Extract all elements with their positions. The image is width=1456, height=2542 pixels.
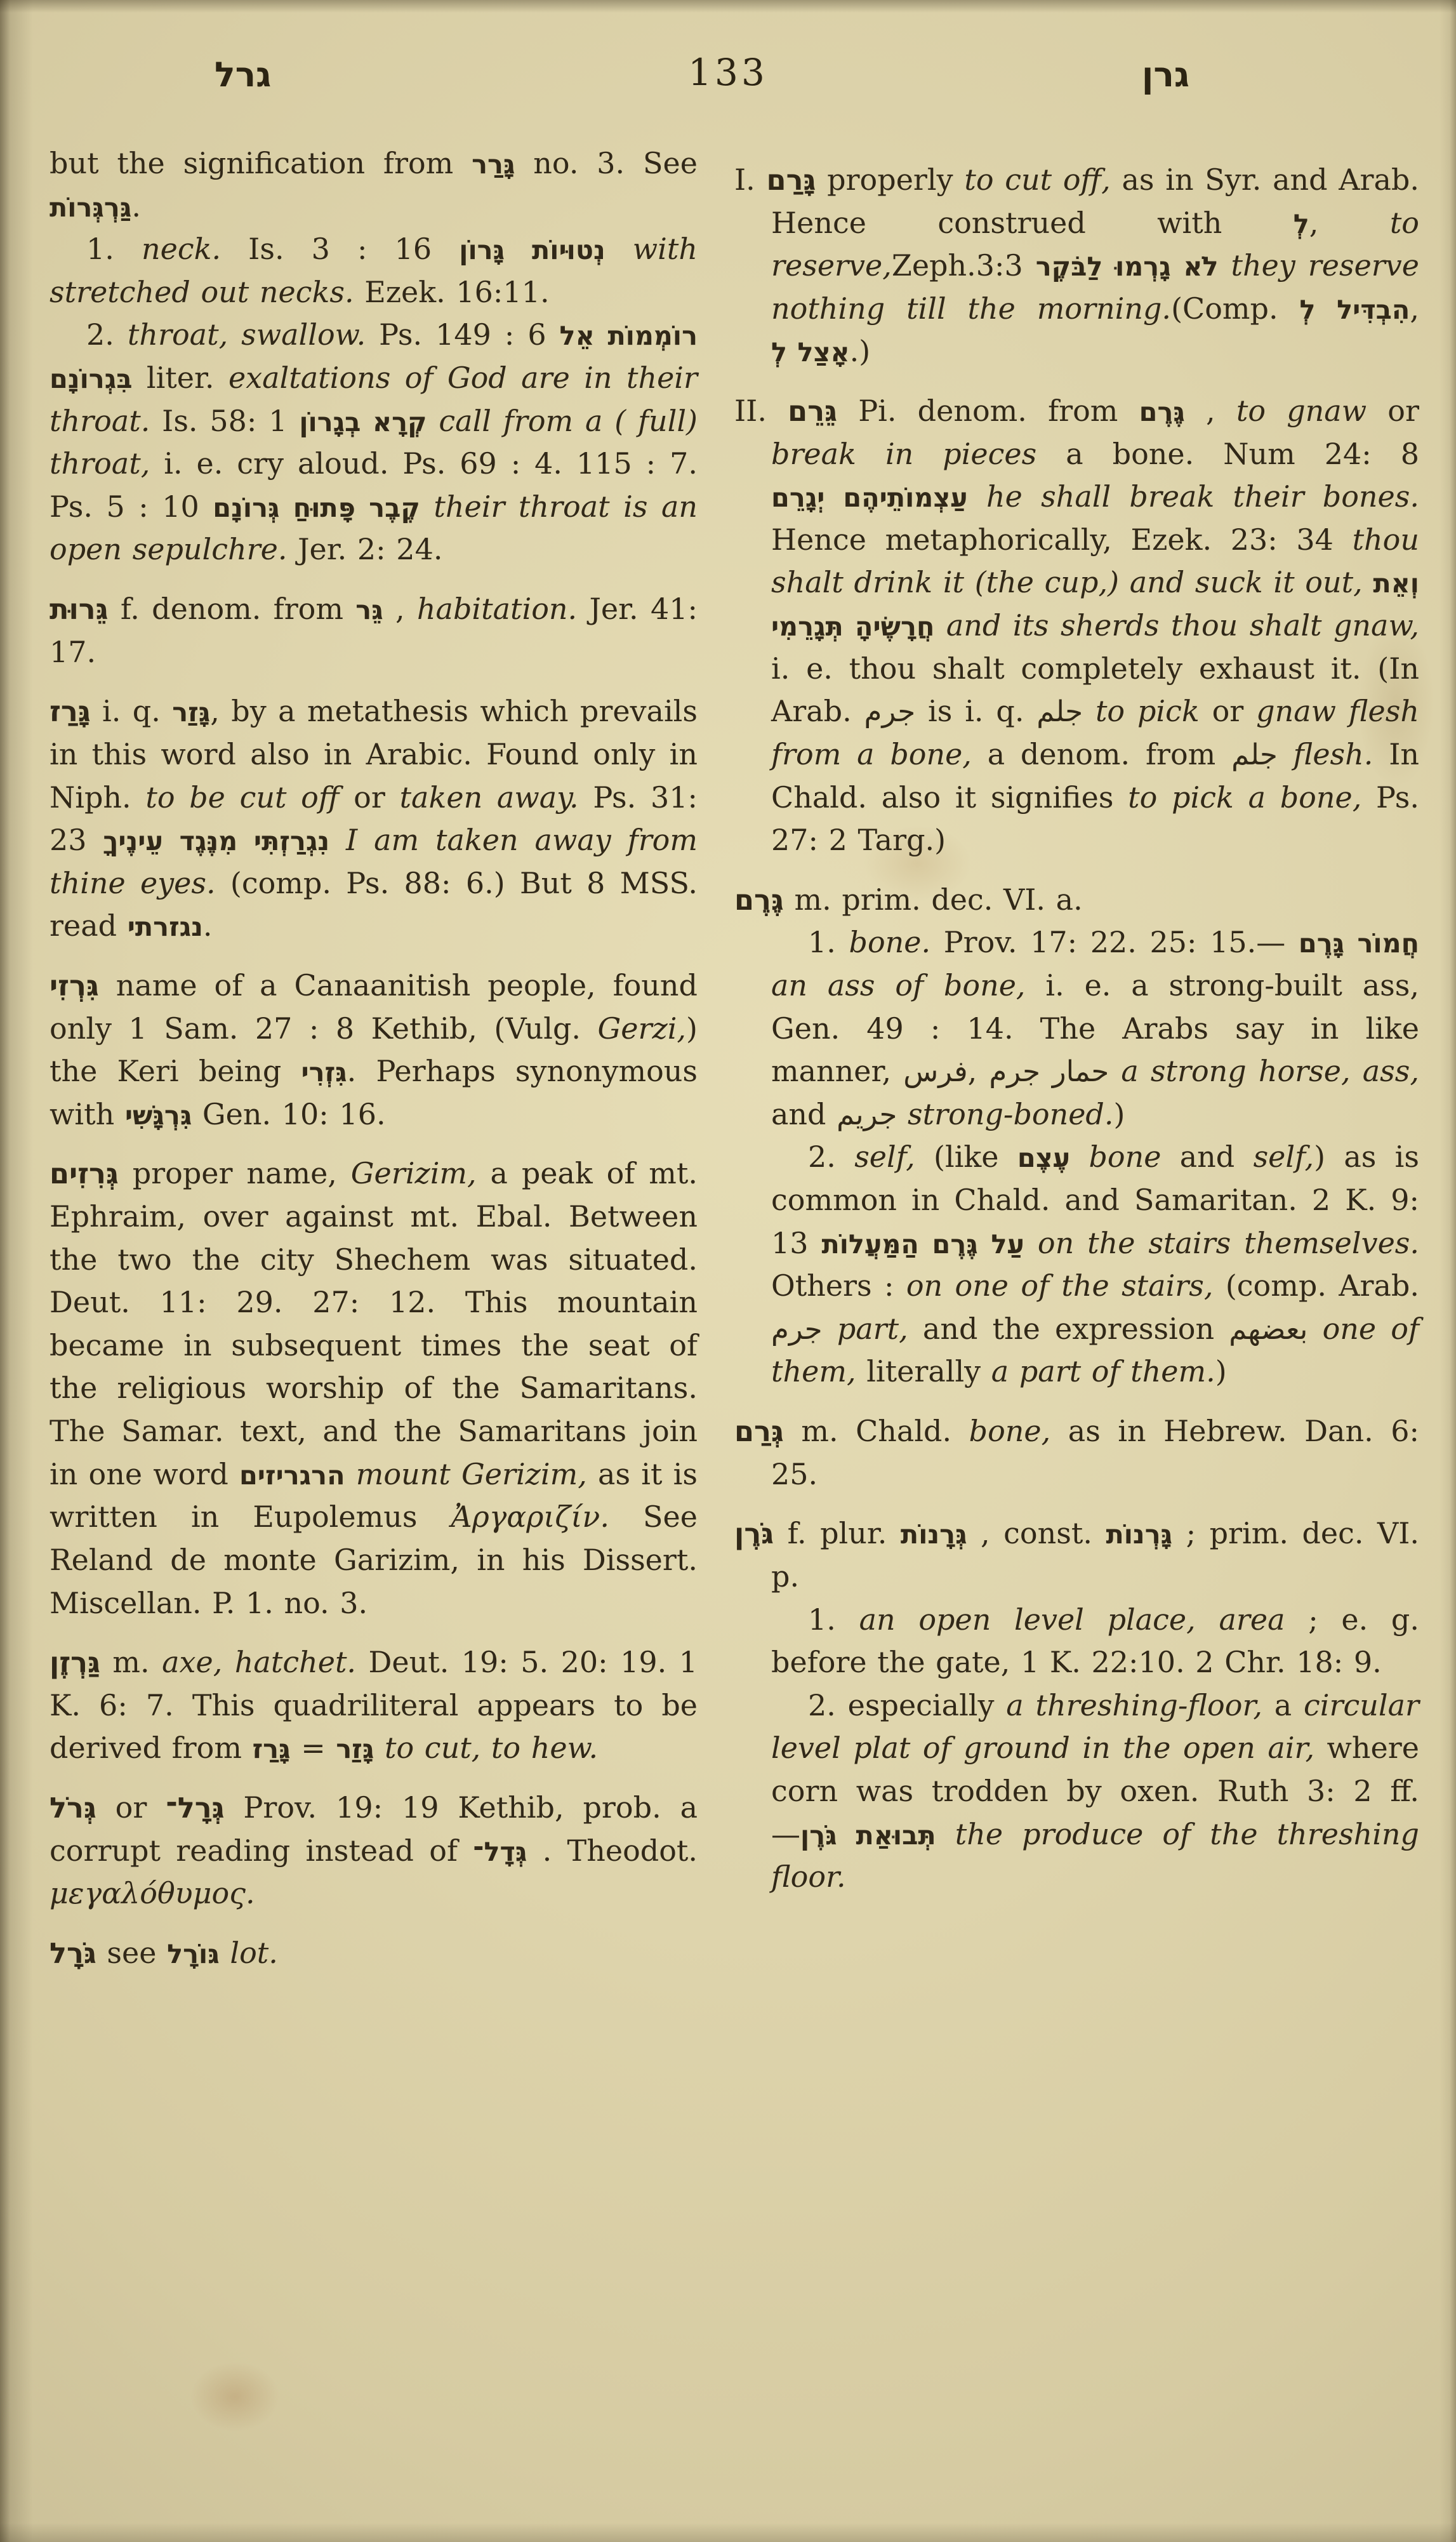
entry-paragraph: 2. especially a threshing-floor, a circu… bbox=[771, 1684, 1419, 1899]
text-run: proper name, bbox=[119, 1156, 351, 1190]
entry-paragraph: II. גֵּרֵם Pi. denom. from גֶּרֶם , to g… bbox=[771, 390, 1419, 862]
entry-paragraph: I. גָּרַם properly to cut off, as in Syr… bbox=[771, 159, 1419, 373]
text-run: part, bbox=[837, 1312, 908, 1346]
entry-paragraph: but the signification from גָּרַר no. 3.… bbox=[50, 142, 698, 228]
text-run: Hence metaphorically, Ezek. 23: 34 bbox=[771, 522, 1353, 557]
text-run: to pick bbox=[1095, 694, 1200, 728]
text-run: and the expression bbox=[908, 1312, 1229, 1346]
hebrew-word: הרגריזים bbox=[239, 1460, 345, 1491]
text-run: bone, bbox=[969, 1414, 1051, 1448]
arabic-word: جلم bbox=[1231, 738, 1278, 771]
text-run: to cut, to hew. bbox=[385, 1731, 598, 1765]
text-run: Ezek. 16:11. bbox=[354, 275, 550, 309]
entry-paragraph: גְּרַם m. Chald. bone, as in Hebrew. Dan… bbox=[771, 1410, 1419, 1496]
text-run: m. prim. dec. VI. a. bbox=[784, 882, 1083, 917]
arabic-word: جلم bbox=[1036, 695, 1083, 728]
hebrew-word: גְּרַם bbox=[734, 1415, 784, 1448]
text-run: . bbox=[203, 908, 213, 943]
text-run: 1. bbox=[808, 1602, 859, 1637]
text-run: f. denom. from bbox=[109, 592, 356, 626]
text-run bbox=[420, 489, 434, 524]
left-column: but the signification from גָּרַר no. 3.… bbox=[50, 142, 698, 1974]
text-run: self, bbox=[854, 1140, 915, 1174]
hebrew-word: גָּרַז bbox=[50, 695, 91, 728]
running-head: גרל 133 גרן bbox=[0, 51, 1456, 127]
text-run: 2. especially bbox=[808, 1688, 1006, 1722]
text-run bbox=[1109, 1054, 1121, 1088]
text-run bbox=[1278, 737, 1294, 771]
text-run: lot. bbox=[230, 1936, 278, 1970]
text-run: no. 3. See bbox=[515, 146, 698, 180]
text-run: II. bbox=[734, 394, 788, 428]
hebrew-word: גְּרָנוֹת bbox=[901, 1519, 967, 1550]
text-run bbox=[1083, 694, 1095, 728]
text-run: and bbox=[1161, 1140, 1253, 1174]
text-run: liter. bbox=[132, 361, 228, 395]
hebrew-word: נגזרתי bbox=[128, 912, 203, 942]
entry-paragraph: גָּרַז i. q. גָּזַר, by a metathesis whi… bbox=[50, 690, 698, 948]
text-run: i. q. bbox=[91, 694, 173, 728]
text-run: a strong horse, ass, bbox=[1121, 1054, 1419, 1088]
text-run: an ass of bone, bbox=[771, 968, 1026, 1002]
hebrew-word: קְרָא בְגָרוֹן bbox=[299, 407, 427, 437]
text-run: bone bbox=[1089, 1140, 1161, 1174]
text-run: a denom. from bbox=[972, 737, 1231, 771]
text-run: Is. 3 : 16 bbox=[221, 232, 459, 266]
hebrew-word: עֶצֶם bbox=[1017, 1143, 1070, 1173]
text-run: Pi. denom. from bbox=[837, 394, 1139, 428]
text-run: 1. bbox=[86, 232, 142, 266]
text-run: , bbox=[383, 592, 417, 626]
hebrew-word: גְּדָל־ bbox=[473, 1837, 527, 1867]
text-run: f. plur. bbox=[774, 1516, 901, 1550]
text-run: properly bbox=[816, 163, 964, 197]
entry-paragraph: גְּרֹל or גְּרָל־ Prov. 19: 19 Kethib, p… bbox=[50, 1787, 698, 1915]
text-run: Is. 58: 1 bbox=[150, 404, 299, 438]
hebrew-word: גֶּרֶם bbox=[1139, 397, 1185, 427]
text-run: mount Gerizim, bbox=[356, 1457, 587, 1491]
entry-paragraph: גְּרִזִים proper name, Gerizim, a peak o… bbox=[50, 1152, 698, 1625]
text-run: Others : bbox=[771, 1268, 906, 1303]
lexicon-page: גרל 133 גרן but the signification from ג… bbox=[0, 0, 1456, 2542]
hebrew-word: גֵּרֵם bbox=[788, 395, 837, 428]
hebrew-word: אָצַל לְ bbox=[771, 337, 850, 368]
hebrew-word: עַל גֶּרֶם הַמַּעֲלוֹת bbox=[821, 1229, 1024, 1260]
greek-word: Ἀργαριζίν. bbox=[451, 1500, 609, 1534]
text-run: an open level place, area bbox=[859, 1602, 1285, 1637]
text-run: on the stairs themselves. bbox=[1038, 1226, 1419, 1260]
text-run: , bbox=[1185, 394, 1236, 428]
hebrew-word: תְּבוּאַת גֹּרֶן bbox=[800, 1820, 936, 1851]
text-run: , bbox=[968, 1054, 989, 1088]
text-run: (comp. Arab. bbox=[1214, 1268, 1419, 1303]
hebrew-word: גִּזְרִי bbox=[301, 1057, 347, 1088]
text-run: on one of the stairs, bbox=[906, 1268, 1214, 1303]
page-number: 133 bbox=[688, 51, 768, 94]
entry-paragraph: גֹּרָל see גּוֹרָל lot. bbox=[50, 1932, 698, 1975]
text-run: = bbox=[291, 1731, 336, 1765]
entry-paragraph: 1. bone. Prov. 17: 22. 25: 15.— חֲמוֹר ג… bbox=[771, 921, 1419, 1136]
entry-paragraph: גִּרְזִי name of a Canaanitish people, f… bbox=[50, 964, 698, 1136]
text-run bbox=[936, 1817, 955, 1851]
hebrew-word: חֲמוֹר גָּרֶם bbox=[1299, 928, 1419, 959]
text-run: , bbox=[1410, 291, 1419, 326]
text-run: Jer. 2: 24. bbox=[287, 532, 442, 566]
entry-paragraph: 2. throat, swallow. Ps. 149 : 6 רוֹמְמוֹ… bbox=[50, 314, 698, 571]
left-catchword: גרל bbox=[215, 55, 271, 95]
hebrew-word: גּוֹרָל bbox=[167, 1939, 220, 1969]
text-run: Gerzi, bbox=[598, 1011, 687, 1046]
text-run: a threshing-floor, bbox=[1006, 1688, 1262, 1722]
text-run: 2. bbox=[86, 317, 128, 352]
text-run bbox=[427, 404, 439, 438]
text-run bbox=[934, 608, 946, 642]
text-run: Prov. 17: 22. 25: 15.— bbox=[930, 925, 1299, 959]
hebrew-word: גֹּרֶן bbox=[734, 1517, 774, 1550]
text-run: flesh. bbox=[1294, 737, 1373, 771]
hebrew-word: גְּרָל־ bbox=[166, 1792, 224, 1825]
text-run: .) bbox=[850, 334, 871, 368]
text-run bbox=[1024, 1226, 1038, 1260]
text-run: but the signification from bbox=[50, 146, 472, 180]
text-run: literally bbox=[856, 1354, 991, 1388]
text-run: a part of them. bbox=[991, 1354, 1215, 1388]
text-run: to gnaw bbox=[1236, 394, 1367, 428]
text-run: is i. q. bbox=[915, 694, 1036, 728]
hebrew-word: גָּזַר bbox=[336, 1734, 374, 1764]
text-run: self, bbox=[1254, 1140, 1314, 1174]
arabic-word: جرم bbox=[864, 695, 916, 728]
text-run: habitation. bbox=[417, 592, 577, 626]
text-run: (Comp. bbox=[1171, 291, 1299, 326]
text-run: taken away. bbox=[400, 780, 579, 815]
text-run: or bbox=[1200, 694, 1256, 728]
text-run: bone. bbox=[849, 925, 931, 959]
text-run: to cut off, bbox=[964, 163, 1110, 197]
paper-stain bbox=[190, 2362, 279, 2432]
hebrew-word: גָּזַר bbox=[172, 697, 210, 728]
text-run: a bone. Num 24: 8 bbox=[1036, 437, 1419, 471]
text-run: throat, swallow. bbox=[128, 317, 366, 352]
text-run bbox=[606, 232, 633, 266]
text-run: or bbox=[339, 780, 399, 815]
text-run: Gerizim, bbox=[351, 1156, 477, 1190]
entry-paragraph: גֹּרֶן f. plur. גְּרָנוֹת , const. גָּרְ… bbox=[771, 1512, 1419, 1598]
hebrew-word: גְּרִזִים bbox=[50, 1157, 119, 1190]
text-run bbox=[1219, 248, 1231, 283]
text-columns: but the signification from גָּרַר no. 3.… bbox=[50, 142, 1419, 1974]
entry-paragraph: 1. an open level place, area ; e. g. bef… bbox=[771, 1599, 1419, 1684]
greek-word: μεγαλόθυμος. bbox=[50, 1876, 255, 1910]
text-run: to pick a bone, bbox=[1128, 780, 1361, 815]
entry-paragraph: 2. self, (like עֶצֶם bone and self,) as … bbox=[771, 1136, 1419, 1394]
text-run bbox=[345, 1457, 356, 1491]
hebrew-word: גְּרֹל bbox=[50, 1792, 96, 1825]
entry-paragraph: גֶּרֶם m. prim. dec. VI. a. bbox=[771, 879, 1419, 922]
text-run: . Theodot. bbox=[527, 1833, 698, 1868]
text-run bbox=[329, 823, 346, 857]
text-run: axe, hatchet. bbox=[162, 1645, 356, 1679]
right-column: I. גָּרַם properly to cut off, as in Syr… bbox=[734, 142, 1419, 1899]
hebrew-word: גֵּרוּת bbox=[50, 593, 109, 626]
text-run: and bbox=[771, 1097, 837, 1131]
hebrew-word: לֹא גָרְמוּ לַבֹּקֶר bbox=[1036, 251, 1219, 282]
hebrew-word: קֶבֶר פָּתוּחַ גְּרוֹנָם bbox=[213, 493, 420, 523]
text-run: to be cut off bbox=[145, 780, 339, 815]
text-run: I. bbox=[734, 163, 767, 197]
entry-paragraph: גֵּרוּת f. denom. from גֵּר , habitation… bbox=[50, 588, 698, 674]
hebrew-word: עַצְמוֹתֵיהֶם יְגָרֵם bbox=[771, 482, 968, 513]
text-run: and its sherds thou shalt gnaw, bbox=[946, 608, 1419, 642]
hebrew-word: גֹּרָל bbox=[50, 1937, 96, 1970]
hebrew-word: גֵּר bbox=[355, 595, 383, 625]
arabic-word: بعضهم bbox=[1229, 1312, 1307, 1346]
hebrew-word: גָּרַר bbox=[472, 149, 515, 180]
arabic-word: حمار جرم bbox=[989, 1055, 1109, 1088]
text-run: see bbox=[96, 1936, 167, 1970]
hebrew-word: נְטוּיוֹת גָּרוֹן bbox=[459, 235, 605, 265]
entry-paragraph: 1. neck. Is. 3 : 16 נְטוּיוֹת גָּרוֹן wi… bbox=[50, 228, 698, 314]
text-run bbox=[823, 1312, 837, 1346]
text-run: Gen. 10: 16. bbox=[192, 1097, 385, 1131]
text-run: strong-boned. bbox=[908, 1097, 1113, 1131]
hebrew-word: גָּרַם bbox=[767, 164, 816, 197]
text-run bbox=[1070, 1140, 1089, 1174]
text-run: (like bbox=[915, 1140, 1017, 1174]
hebrew-word: הִבְדִּיל לְ bbox=[1299, 295, 1410, 325]
text-run: a bbox=[1262, 1688, 1304, 1722]
hebrew-word: נִגְרַזְתִּי מִנֶּגֶד עֵינֶיךָ bbox=[103, 826, 329, 856]
text-run: , bbox=[1309, 206, 1390, 240]
hebrew-word: גַּרְזֶן bbox=[50, 1646, 100, 1679]
hebrew-word: גֶּרֶם bbox=[734, 884, 784, 917]
arabic-word: جرم bbox=[771, 1312, 823, 1346]
arabic-word: فرس bbox=[903, 1055, 967, 1088]
text-run: break in pieces bbox=[771, 437, 1036, 471]
text-run: 2. bbox=[808, 1140, 854, 1174]
hebrew-word: לְ bbox=[1294, 209, 1309, 239]
hebrew-word: גִּרְגָּשִׁי bbox=[125, 1100, 192, 1131]
text-run bbox=[1363, 565, 1373, 599]
hebrew-word: גַּרְגְּרוֹת bbox=[50, 192, 131, 223]
hebrew-word: גָּרְנוֹת bbox=[1106, 1519, 1172, 1550]
text-run bbox=[968, 479, 986, 514]
text-run: , const. bbox=[967, 1516, 1106, 1550]
text-run: ) bbox=[1114, 1097, 1125, 1131]
text-run: 1. bbox=[808, 925, 849, 959]
text-run: m. bbox=[100, 1645, 162, 1679]
text-run: or bbox=[1367, 394, 1419, 428]
text-run: . bbox=[131, 189, 141, 223]
right-catchword: גרן bbox=[1142, 55, 1189, 95]
text-run: ) bbox=[1215, 1354, 1227, 1388]
entry-paragraph: גַּרְזֶן m. axe, hatchet. Deut. 19: 5. 2… bbox=[50, 1641, 698, 1770]
hebrew-word: גָּרַז bbox=[253, 1734, 291, 1764]
text-run: he shall break their bones. bbox=[986, 479, 1419, 514]
text-run bbox=[897, 1097, 908, 1131]
text-run: neck. bbox=[142, 232, 221, 266]
text-run: a peak of mt. Ephraim, over against mt. … bbox=[50, 1156, 698, 1491]
arabic-word: جريم bbox=[837, 1098, 897, 1131]
text-run: Ps. 149 : 6 bbox=[366, 317, 559, 352]
text-run: or bbox=[96, 1790, 166, 1825]
text-run bbox=[1307, 1312, 1322, 1346]
text-run: Zeph.3:3 bbox=[892, 248, 1036, 283]
text-run bbox=[374, 1731, 385, 1765]
hebrew-word: גִּרְזִי bbox=[50, 969, 99, 1002]
text-run bbox=[220, 1936, 230, 1970]
text-run: m. Chald. bbox=[784, 1414, 969, 1448]
